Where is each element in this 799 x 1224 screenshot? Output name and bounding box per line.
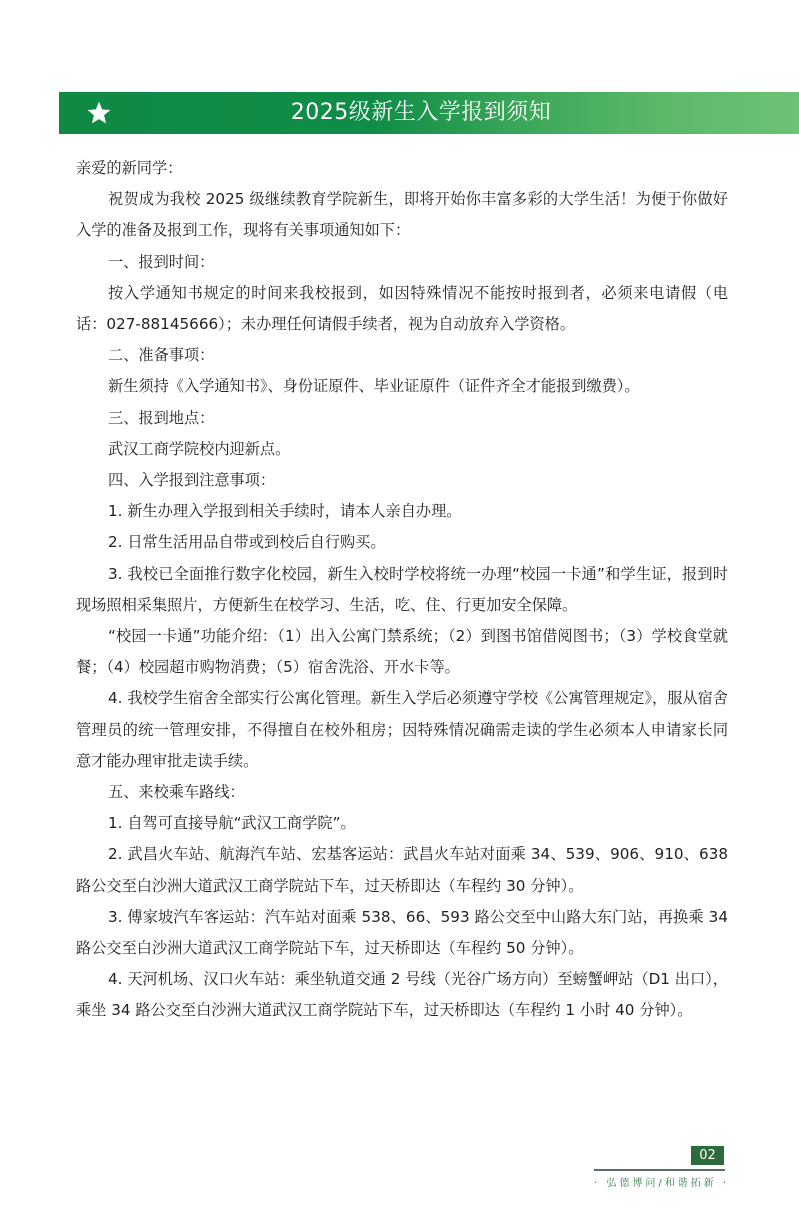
note-item: 2. 日常生活用品自带或到校后自行购买。 <box>76 527 728 558</box>
intro-paragraph: 祝贺成为我校 2025 级继续教育学院新生，即将开始你丰富多彩的大学生活！为便于… <box>76 184 728 246</box>
page-title: 2025级新生入学报到须知 <box>59 92 799 134</box>
notice-body: 亲爱的新同学： 祝贺成为我校 2025 级继续教育学院新生，即将开始你丰富多彩的… <box>76 153 728 1027</box>
route-item: 3. 傅家坡汽车客运站：汽车站对面乘 538、66、593 路公交至中山路大东门… <box>76 902 728 964</box>
note-item: 3. 我校已全面推行数字化校园，新生入校时学校将统一办理“校园一卡通”和学生证，… <box>76 559 728 621</box>
footer-divider <box>594 1169 725 1171</box>
greeting: 亲爱的新同学： <box>76 153 728 184</box>
card-features: “校园一卡通”功能介绍：（1）出入公寓门禁系统；（2）到图书馆借阅图书；（3）学… <box>76 621 728 683</box>
note-item: 4. 我校学生宿舍全部实行公寓化管理。新生入学后必须遵守学校《公寓管理规定》，服… <box>76 683 728 777</box>
route-item: 1. 自驾可直接导航“武汉工商学院”。 <box>76 808 728 839</box>
note-item: 1. 新生办理入学报到相关手续时，请本人亲自办理。 <box>76 496 728 527</box>
section-heading-notes: 四、入学报到注意事项： <box>76 465 728 496</box>
section-heading-routes: 五、来校乘车路线： <box>76 777 728 808</box>
section-heading-preparation: 二、准备事项： <box>76 340 728 371</box>
route-item: 2. 武昌火车站、航海汽车站、宏基客运站：武昌火车站对面乘 34、539、906… <box>76 839 728 901</box>
title-banner: 2025级新生入学报到须知 <box>59 92 799 134</box>
section-heading-location: 三、报到地点： <box>76 403 728 434</box>
route-item: 4. 天河机场、汉口火车站：乘坐轨道交通 2 号线（光谷广场方向）至螃蟹岬站（D… <box>76 964 728 1026</box>
footer-motto: · 弘德博问/和谐拓新 · <box>594 1174 734 1189</box>
paragraph-location: 武汉工商学院校内迎新点。 <box>76 434 728 465</box>
paragraph-time: 按入学通知书规定的时间来我校报到，如因特殊情况不能按时报到者，必须来电请假（电话… <box>76 278 728 340</box>
section-heading-time: 一、报到时间： <box>76 247 728 278</box>
paragraph-preparation: 新生须持《入学通知书》、身份证原件、毕业证原件（证件齐全才能报到缴费）。 <box>76 371 728 402</box>
page-number: 02 <box>691 1146 724 1165</box>
